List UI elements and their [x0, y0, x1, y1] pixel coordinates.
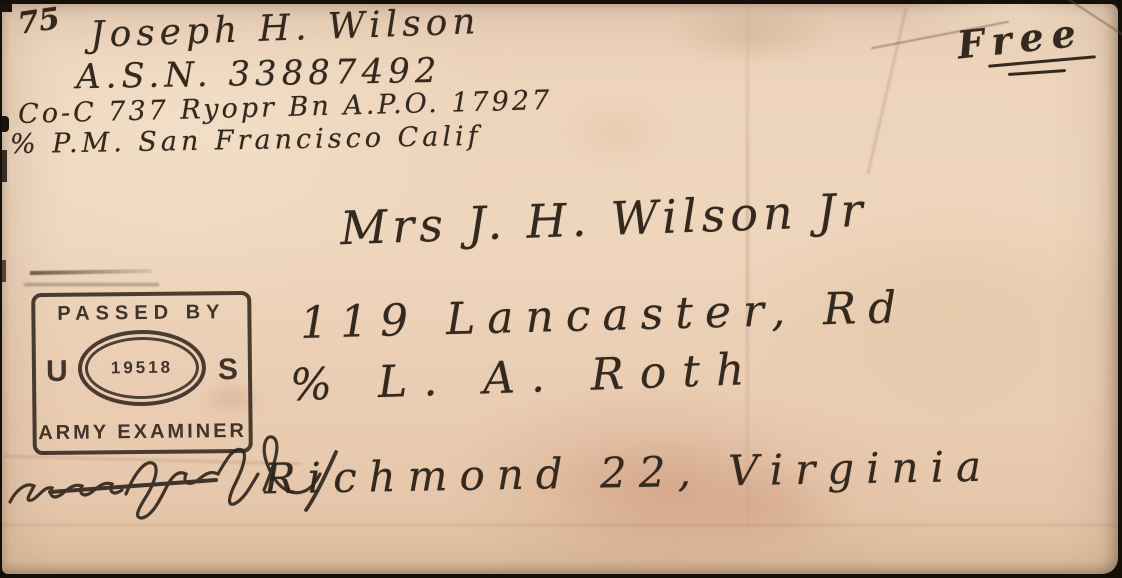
recipient-name: Mrs J. H. Wilson Jr	[339, 183, 868, 255]
recipient-street: 119 Lancaster, Rd	[299, 282, 909, 349]
stamp-letter-s: S	[218, 353, 238, 387]
stamp-army-examiner-label: ARMY EXAMINER	[37, 420, 249, 445]
photo-edge	[2, 260, 6, 282]
faint-smudge	[30, 269, 152, 275]
censor-stamp: PASSED BY U 19518 S ARMY EXAMINER	[31, 291, 253, 455]
photo-edge	[2, 150, 7, 182]
stamp-oval: 19518	[78, 329, 207, 406]
stamp-letter-u: U	[46, 355, 68, 389]
recipient-city-state: Richmond 22, Virginia	[264, 442, 994, 504]
stamp-examiner-number: 19518	[111, 358, 173, 379]
stamp-oval-inner-ring: 19518	[85, 336, 200, 399]
photo-edge	[2, 4, 12, 12]
recipient-care-of: % L. A. Roth	[289, 344, 761, 411]
censor-number: 75	[16, 1, 62, 41]
horizontal-crease	[2, 455, 302, 465]
horizontal-crease	[2, 524, 1118, 526]
sender-name: Joseph H. Wilson	[89, 1, 481, 56]
envelope: 75 Joseph H. Wilson A.S.N. 33887492 Co-C…	[2, 4, 1118, 574]
water-stain	[562, 99, 672, 169]
photo-background: 75 Joseph H. Wilson A.S.N. 33887492 Co-C…	[0, 0, 1122, 578]
stamp-passed-by-label: PASSED BY	[35, 301, 247, 326]
diagonal-crease	[867, 8, 907, 174]
photo-edge	[2, 116, 9, 132]
faint-smudge	[24, 283, 159, 286]
water-stain	[667, 4, 837, 64]
free-underline	[1008, 69, 1066, 76]
